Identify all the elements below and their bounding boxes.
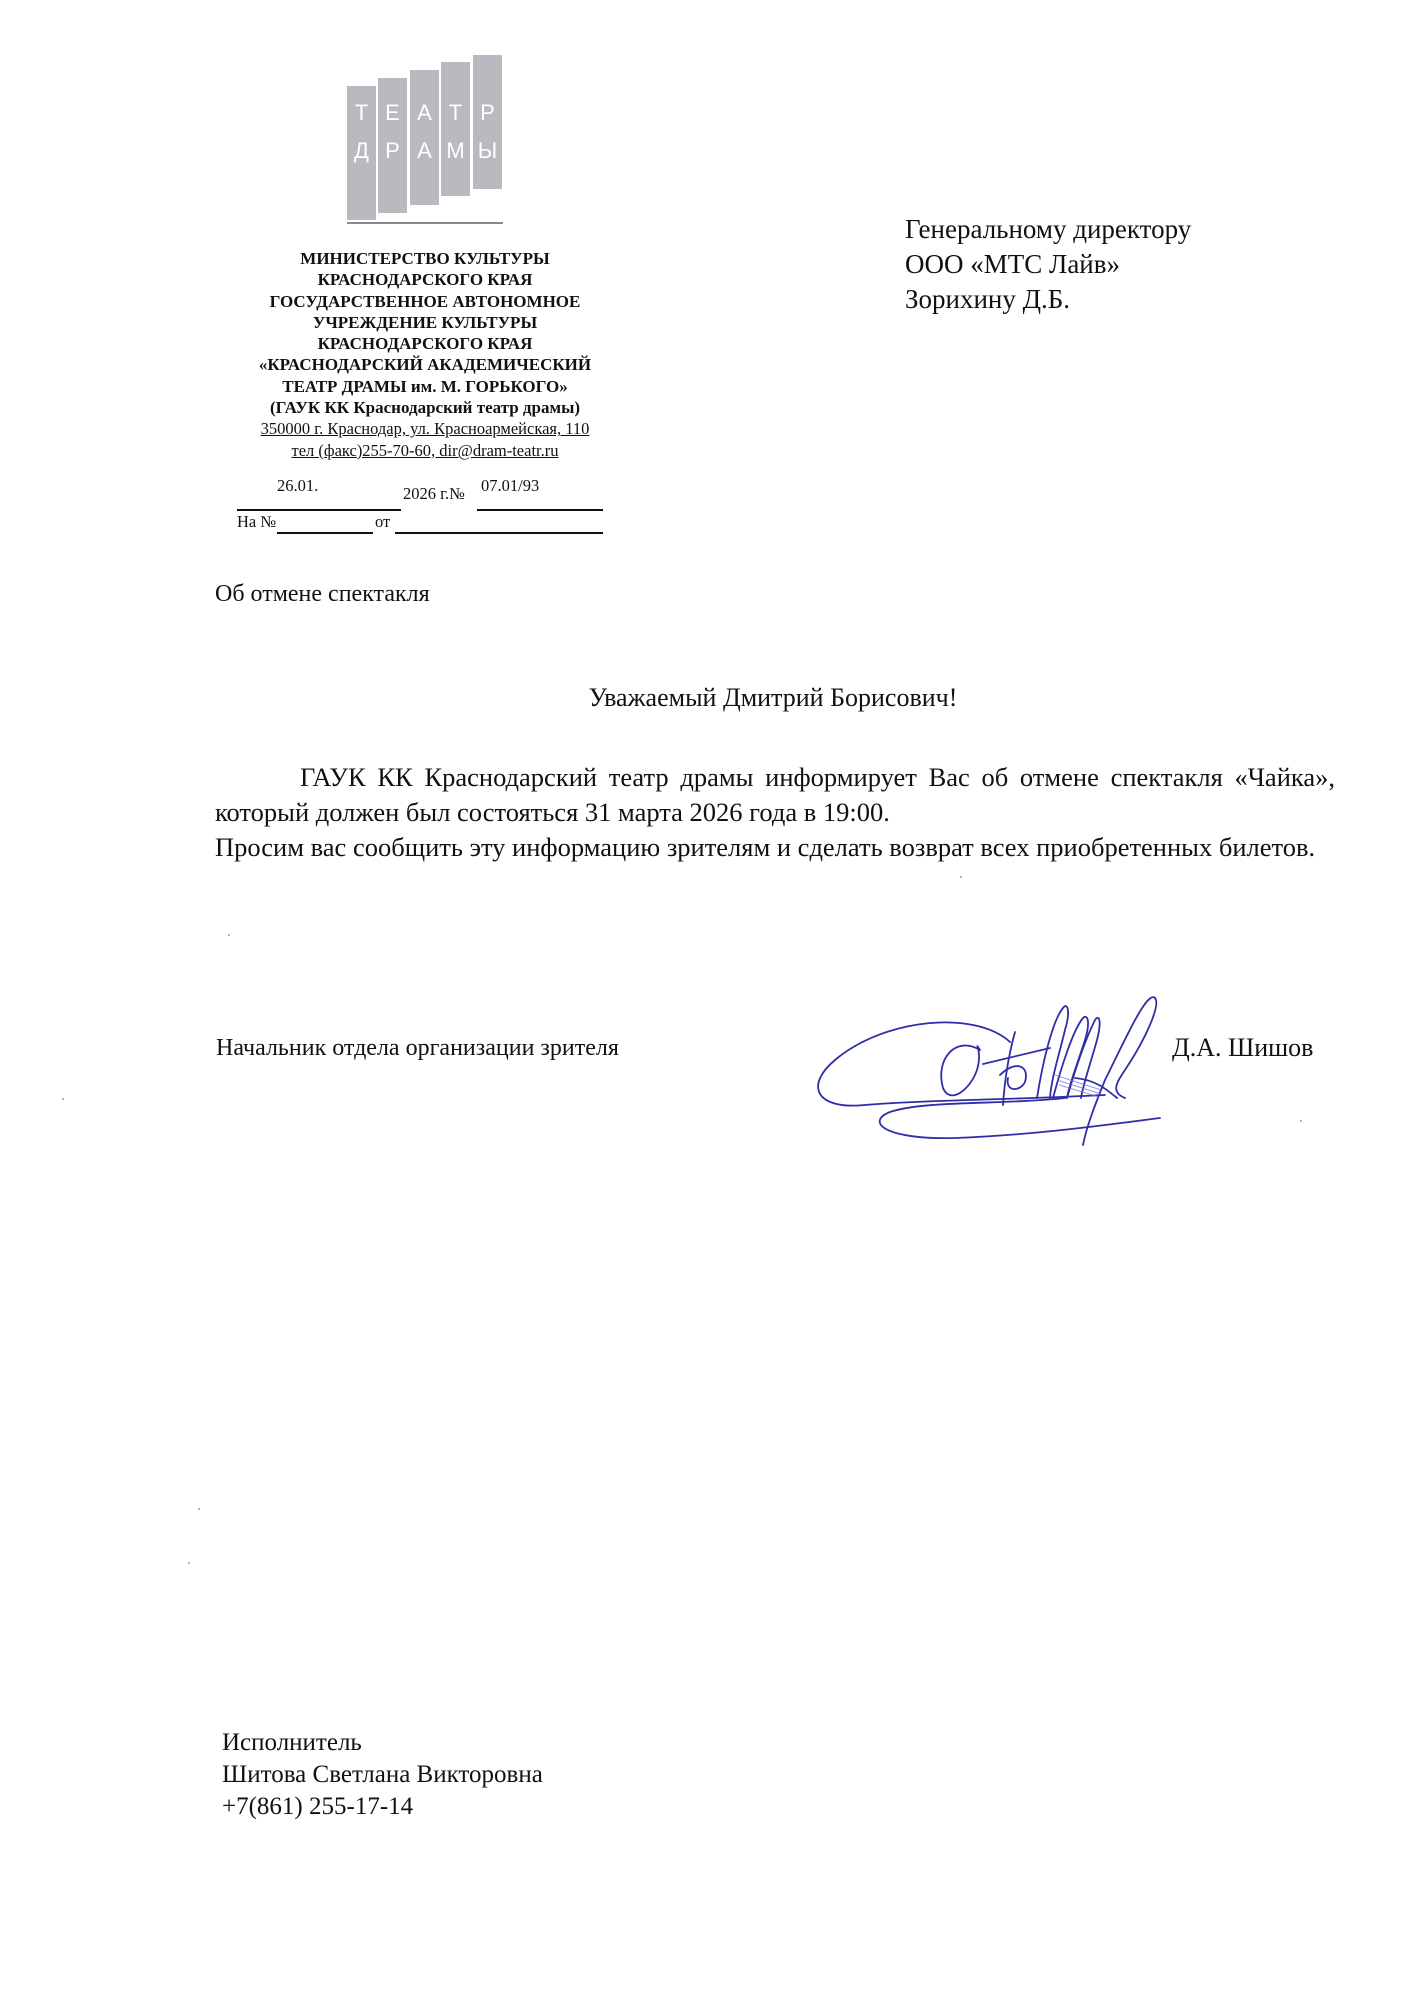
org-line: МИНИСТЕРСТВО КУЛЬТУРЫ — [220, 248, 630, 269]
signatory-name: Д.А. Шишов — [1172, 1033, 1313, 1063]
logo-letter: Е — [378, 102, 407, 124]
scan-speck — [228, 934, 230, 936]
logo-letter: Т — [441, 102, 470, 124]
logo-letter: Р — [473, 102, 502, 124]
org-line: «КРАСНОДАРСКИЙ АКАДЕМИЧЕСКИЙ — [220, 354, 630, 375]
org-short-name: (ГАУК КК Краснодарский театр драмы) — [220, 397, 630, 418]
scan-speck — [1300, 1120, 1302, 1122]
handwritten-number: 07.01/93 — [481, 476, 539, 506]
handwritten-date: 26.01. — [277, 476, 318, 506]
logo-letter: Т — [347, 102, 376, 124]
logo-letter: Ы — [473, 140, 502, 162]
salutation: Уважаемый Дмитрий Борисович! — [0, 683, 1414, 713]
executor-phone: +7(861) 255-17-14 — [222, 1791, 543, 1823]
org-line: ГОСУДАРСТВЕННОЕ АВТОНОМНОЕ — [220, 291, 630, 312]
scan-speck — [62, 1098, 64, 1100]
logo-letter: Р — [378, 140, 407, 162]
from-date-rule — [395, 532, 603, 534]
from-label: от — [375, 512, 390, 532]
scan-speck — [188, 1562, 190, 1564]
logo-bar — [441, 62, 470, 196]
executor-block: Исполнитель Шитова Светлана Викторовна +… — [222, 1727, 543, 1823]
body-paragraph: ГАУК КК Краснодарский театр драмы информ… — [215, 760, 1335, 830]
org-line: КРАСНОДАРСКОГО КРАЯ — [220, 269, 630, 290]
addressee-block: Генеральному директору ООО «МТС Лайв» Зо… — [905, 212, 1305, 317]
year-number-label: 2026 г.№ — [403, 484, 465, 504]
scan-speck — [198, 1508, 200, 1510]
org-address: 350000 г. Краснодар, ул. Красноармейская… — [220, 418, 630, 439]
logo-letter: А — [410, 140, 439, 162]
org-contacts: тел (факс)255-70-60, dir@dram-teatr.ru — [220, 440, 630, 461]
letter-subject: Об отмене спектакля — [215, 581, 430, 608]
logo-letter: М — [441, 140, 470, 162]
logo-letter: А — [410, 102, 439, 124]
logo-underline — [347, 222, 503, 224]
reply-to-label: На № — [237, 512, 276, 532]
addressee-position: Генеральному директору — [905, 212, 1305, 247]
org-line: УЧРЕЖДЕНИЕ КУЛЬТУРЫ — [220, 312, 630, 333]
addressee-company: ООО «МТС Лайв» — [905, 247, 1305, 282]
letter-body: ГАУК КК Краснодарский театр драмы информ… — [215, 760, 1335, 865]
org-line: КРАСНОДАРСКОГО КРАЯ — [220, 333, 630, 354]
executor-name: Шитова Светлана Викторовна — [222, 1759, 543, 1791]
body-paragraph: Просим вас сообщить эту информацию зрите… — [215, 830, 1335, 865]
org-line: ТЕАТР ДРАМЫ им. М. ГОРЬКОГО» — [220, 376, 630, 397]
addressee-name: Зорихину Д.Б. — [905, 282, 1305, 317]
signatory-title: Начальник отдела организации зрителя — [216, 1035, 619, 1062]
reply-number-rule — [277, 532, 373, 534]
executor-label: Исполнитель — [222, 1727, 543, 1759]
organization-header: МИНИСТЕРСТВО КУЛЬТУРЫ КРАСНОДАРСКОГО КРА… — [220, 248, 630, 461]
scan-speck — [960, 876, 962, 878]
handwritten-signature-icon — [805, 980, 1165, 1150]
logo-letter: Д — [347, 140, 376, 162]
number-rule — [477, 509, 603, 511]
date-rule — [237, 509, 401, 511]
registration-block: 26.01. 2026 г.№ 07.01/93 На № от — [237, 478, 597, 538]
theatre-logo: Т Е А Т Р Д Р А М Ы — [340, 48, 510, 228]
